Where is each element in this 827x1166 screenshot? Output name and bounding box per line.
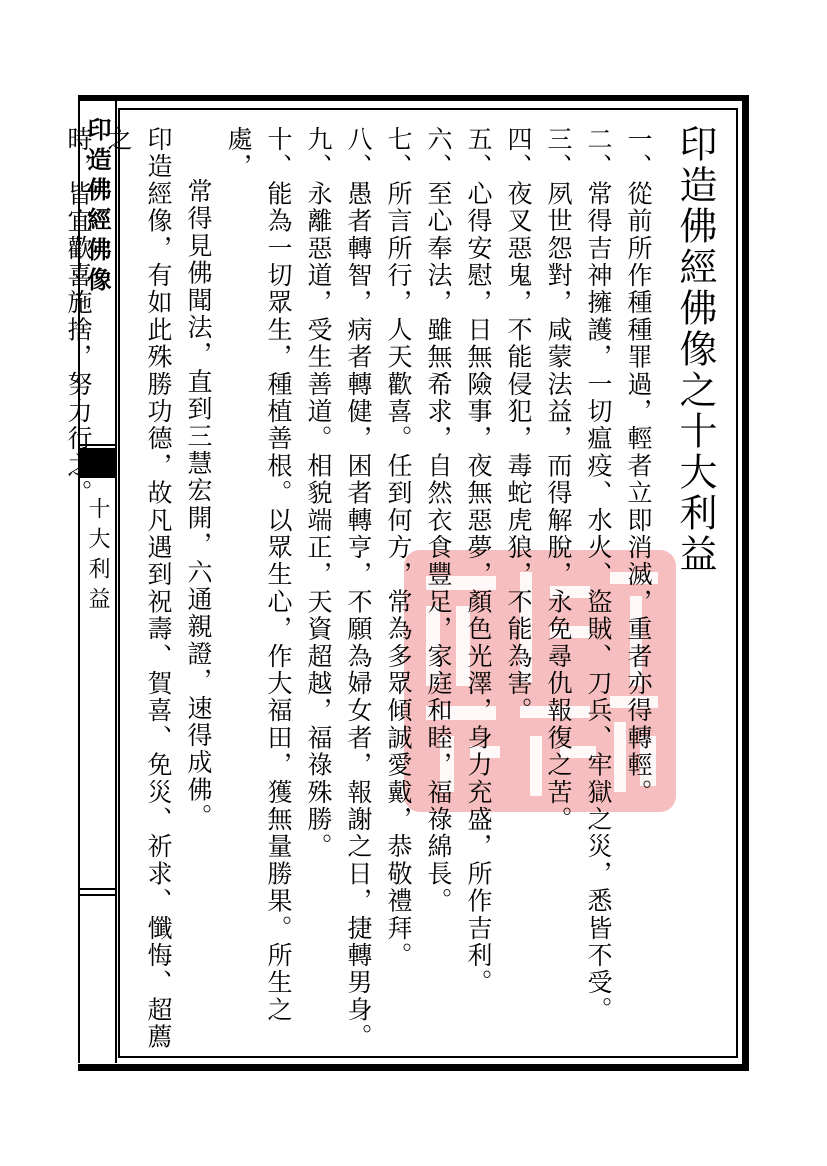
benefit-item-7: 七、所言所行，人天歡喜。任到何方，常為多眾傾誠愛戴，恭敬禮拜。	[378, 126, 418, 1056]
benefit-item-6: 六、至心奉法，雖無希求，自然衣食豐足，家庭和睦，福祿綿長。	[418, 126, 458, 1056]
frame-right-border	[742, 95, 749, 1071]
benefit-item-8: 八、愚者轉智，病者轉健，困者轉亨，不願為婦女者，報謝之日，捷轉男身。	[338, 126, 378, 1056]
benefit-item-3: 三、夙世怨對，咸蒙法益，而得解脫，永免尋仇報復之苦。	[538, 126, 578, 1056]
benefit-item-2: 二、常得吉神擁護，一切瘟疫、水火、盜賊、刀兵、牢獄之災，悉皆不受。	[578, 126, 618, 1056]
benefit-item-1: 一、從前所作種種罪過，輕者立即消滅，重者亦得轉輕。	[618, 126, 658, 1056]
benefit-item-5: 五、心得安慰，日無險事，夜無惡夢，顏色光澤，身力充盛，所作吉利。	[458, 126, 498, 1056]
benefit-item-10-continuation: 常得見佛聞法，直到三慧宏開，六通親證，速得成佛。	[178, 126, 218, 1056]
closing-paragraph-line-1: 印造經像，有如此殊勝功德，故凡遇到祝壽、賀喜、免災、祈求、懺悔、超薦之	[98, 126, 178, 1056]
frame-top-border	[78, 95, 749, 101]
body-text: 一、從前所作種種罪過，輕者立即消滅，重者亦得轉輕。 二、常得吉神擁護，一切瘟疫、…	[58, 126, 658, 1056]
benefit-item-10: 十、能為一切眾生，種植善根。以眾生心，作大福田，獲無量勝果。所生之處，	[218, 126, 298, 1056]
text-panel: 印造佛經佛像之十大利益 一、從前所作種種罪過，輕者立即消滅，重者亦得轉輕。 二、…	[118, 108, 738, 1058]
page-title: 印造佛經佛像之十大利益	[670, 124, 720, 575]
closing-paragraph-line-2: 時，皆宜歡喜施捨，努力行之。	[58, 126, 98, 1056]
benefit-item-9: 九、永離惡道，受生善道。相貌端正，天資超越，福祿殊勝。	[298, 126, 338, 1056]
frame-bottom-border	[78, 1064, 749, 1071]
benefit-item-4: 四、夜叉惡鬼，不能侵犯，毒蛇虎狼，不能為害。	[498, 126, 538, 1056]
